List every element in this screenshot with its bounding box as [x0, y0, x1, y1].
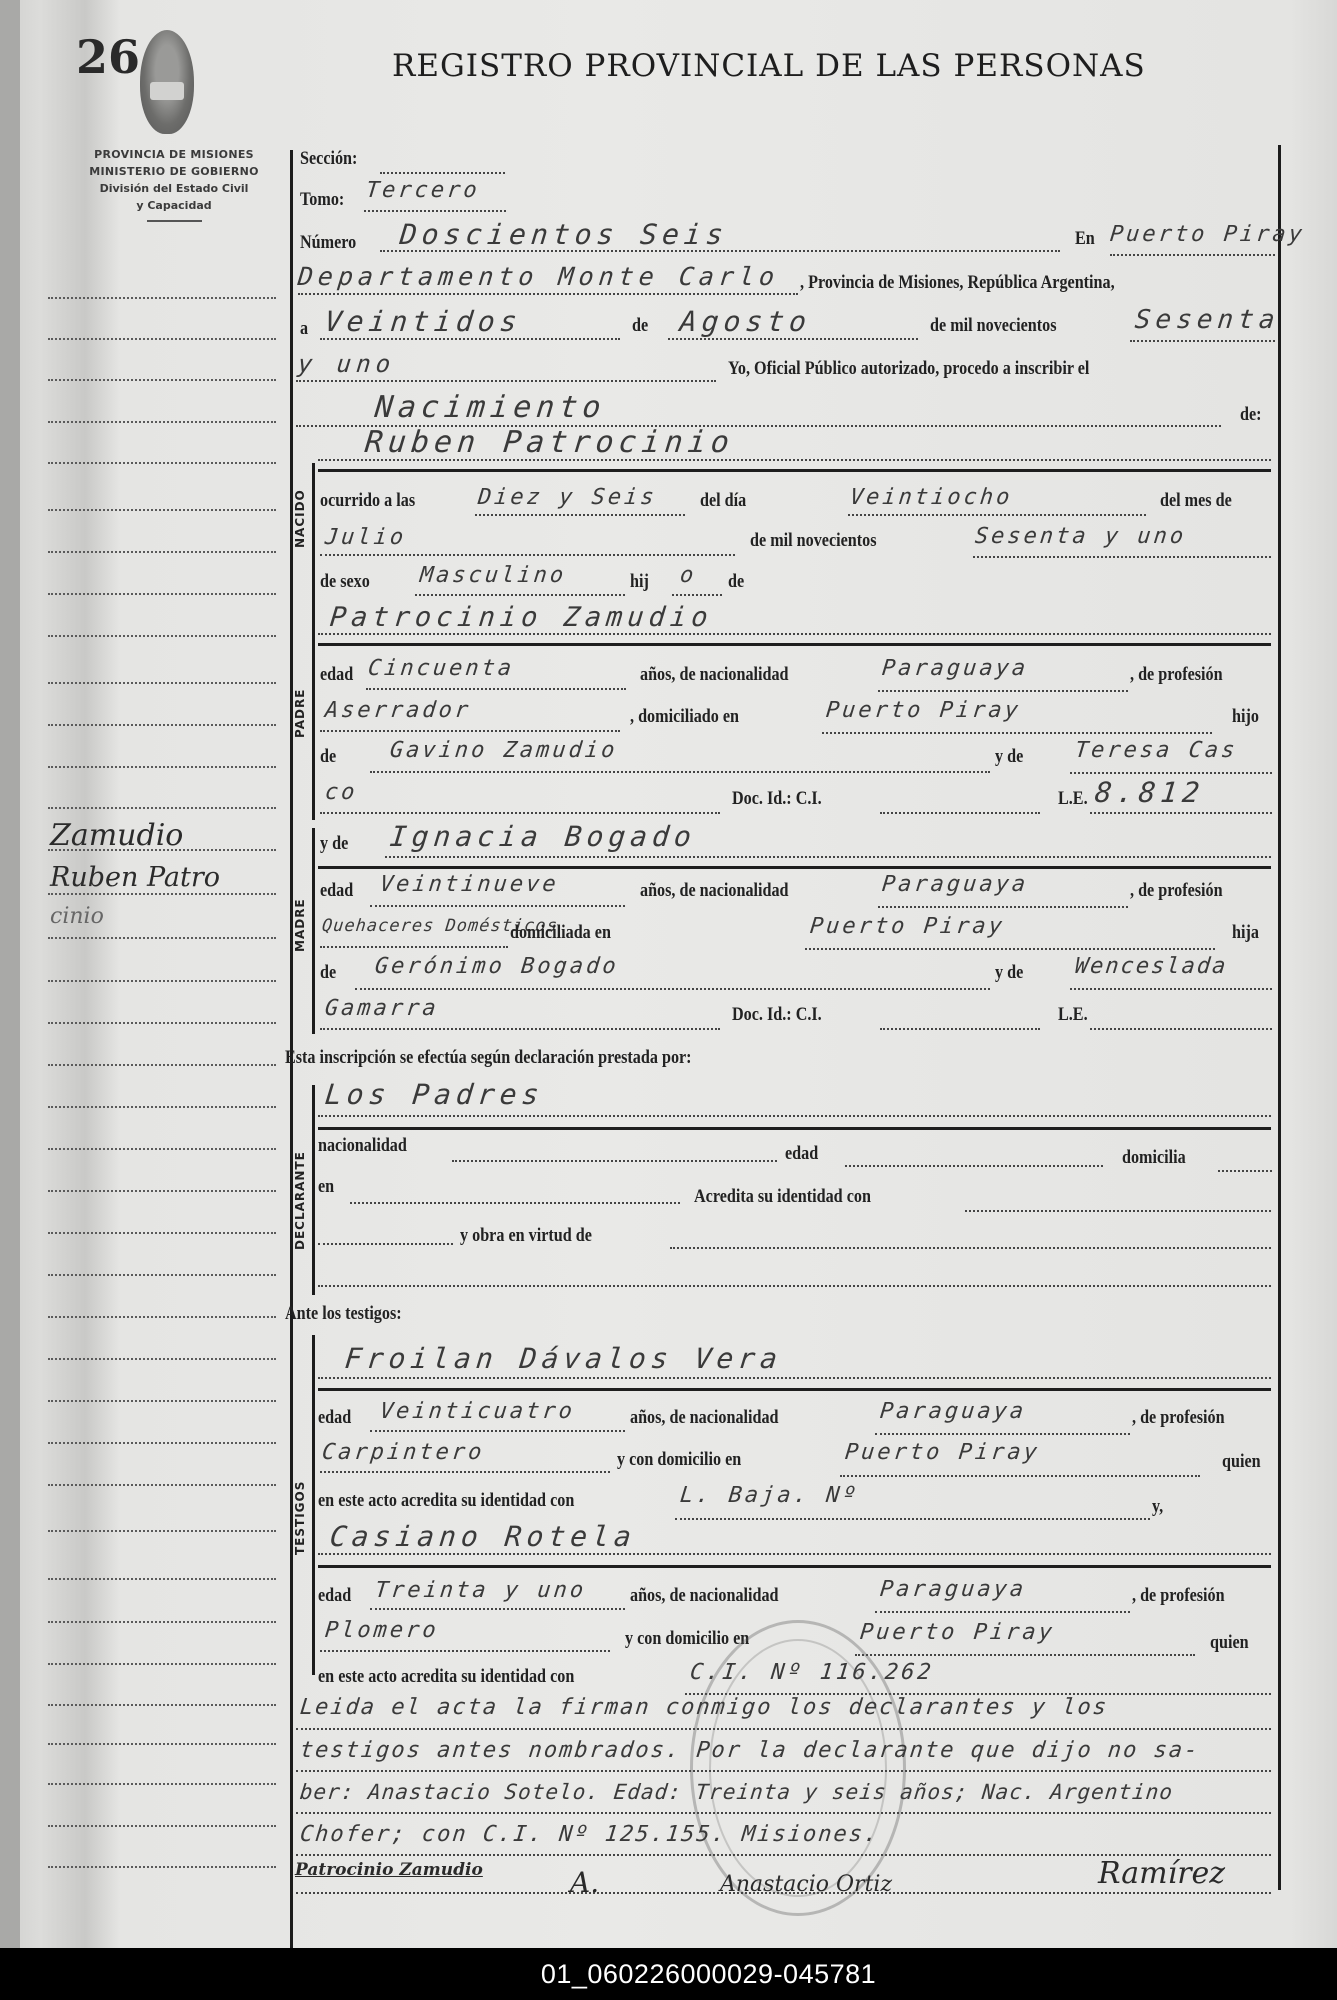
padre-nac-label: años, de nacionalidad: [640, 664, 789, 686]
declarante-acredita-field-2[interactable]: [318, 1243, 453, 1245]
madre-prof-field[interactable]: [320, 946, 508, 948]
testigo2-prof-value: Plomero: [324, 1618, 440, 1643]
provincia-text: , Provincia de Misiones, República Argen…: [800, 272, 1115, 294]
testigo1-prof-value: Carpintero: [321, 1440, 486, 1465]
testigos-section-label: TESTIGOS: [293, 1481, 307, 1555]
declarante-obra-label: y obra en virtud de: [460, 1225, 592, 1247]
signature-declarant: Anastacio Ortiz: [720, 1872, 892, 1897]
testigo2-edad-value: Treinta y uno: [374, 1578, 588, 1603]
testigo2-nombre-value: Casiano Rotela: [328, 1520, 637, 1553]
binding-spine: [0, 0, 20, 1948]
margin-line: [48, 509, 276, 511]
padre-prof-field[interactable]: [320, 730, 620, 732]
nacido-dia-value: Veintiocho: [849, 485, 1014, 510]
margin-line: [48, 379, 276, 381]
testigo2-prof-field[interactable]: [320, 1650, 610, 1652]
margin-line: [48, 1484, 276, 1486]
declarante-dom-field[interactable]: [1218, 1170, 1272, 1172]
madre-bracket: [312, 828, 315, 1034]
testigo1-quien-label: quien: [1222, 1451, 1261, 1473]
mes-label: del mes de: [1160, 490, 1232, 512]
margin-line: [48, 1866, 276, 1868]
margin-line: [48, 1621, 276, 1623]
signature-initial: A.: [570, 1866, 599, 1899]
numero-field[interactable]: [380, 250, 1060, 252]
margin-line: [48, 1783, 276, 1785]
departamento-value: Departamento Monte Carlo: [296, 262, 780, 291]
margin-note-name-cont: cinio: [50, 904, 104, 929]
madre-nombre-value: Ignacia Bogado: [388, 820, 697, 853]
padre-le-field[interactable]: [1090, 812, 1272, 814]
closing-rule-1: [296, 1728, 1271, 1730]
departamento-field[interactable]: [298, 293, 798, 295]
agency-capacity: y Capacidad: [60, 197, 288, 214]
testigo1-edad-value: Veinticuatro: [379, 1399, 577, 1424]
madre-edad-label: edad: [320, 880, 353, 902]
testigo2-dom-label: y con domicilio en: [625, 1628, 749, 1650]
margin-line: [48, 980, 276, 982]
margin-line: [48, 682, 276, 684]
padre-madre-de-field[interactable]: [1070, 772, 1272, 774]
closing-rule-2: [296, 1770, 1271, 1772]
madre-padre-de-field[interactable]: [355, 988, 990, 990]
sexo-field[interactable]: [415, 594, 625, 596]
nacido-anio-value: Sesenta y uno: [974, 524, 1188, 549]
page-number: 26: [76, 30, 140, 84]
margin-line: [48, 338, 276, 340]
padre-edad-value: Cincuenta: [367, 656, 516, 681]
margin-line: [48, 1148, 276, 1150]
testigo1-prof-field[interactable]: [320, 1471, 610, 1473]
madre-y-de-label: y de: [320, 833, 348, 855]
de-colon-label: de:: [1240, 404, 1262, 426]
padre-padre-de-value: Gavino Zamudio: [389, 738, 619, 763]
margin-line: [48, 807, 276, 809]
padre-madre-de-value-1: Teresa Cas: [1074, 738, 1239, 763]
declarante-rule: [318, 1127, 1271, 1130]
numero-label: Número: [300, 232, 356, 254]
testigo1-acredita-value: L. Baja. Nº: [679, 1483, 860, 1508]
testigo1-nac-label: años, de nacionalidad: [630, 1407, 779, 1429]
margin-line: [48, 551, 276, 553]
agency-division: División del Estado Civil: [60, 180, 288, 197]
madre-dom-label: domiciliada en: [510, 922, 611, 944]
declarante-obra-field[interactable]: [670, 1247, 1271, 1249]
madre-nac-field[interactable]: [878, 906, 1128, 908]
hij-label: hij: [630, 571, 649, 593]
padre-nac-value: Paraguaya: [881, 656, 1030, 681]
padre-nac-field[interactable]: [878, 690, 1128, 692]
mes-field[interactable]: [668, 338, 918, 340]
tomo-field[interactable]: [364, 210, 506, 212]
padre-section-label: PADRE: [293, 689, 307, 738]
nacido-rule: [318, 469, 1271, 472]
madre-rule: [318, 866, 1271, 869]
madre-le-label: L.E.: [1058, 1004, 1088, 1026]
testigo2-quien-label: quien: [1210, 1632, 1249, 1654]
document-page: 26 REGISTRO PROVINCIAL DE LAS PERSONAS P…: [0, 0, 1337, 1948]
testigo1-edad-label: edad: [318, 1407, 351, 1429]
madre-edad-value: Veintinueve: [379, 872, 560, 897]
oficial-text: Yo, Oficial Público autorizado, procedo …: [728, 358, 1089, 380]
madre-madre-de-value-1: Wenceslada: [1074, 954, 1229, 979]
closing-line-3: ber: Anastacio Sotelo. Edad: Treinta y s…: [299, 1780, 1175, 1804]
madre-dom-field[interactable]: [805, 948, 1215, 950]
nacido-nombre-field[interactable]: [318, 459, 1271, 461]
nacido-mes-field[interactable]: [320, 554, 735, 556]
testigo2-dom-field[interactable]: [855, 1654, 1195, 1656]
hora-label: ocurrido a las: [320, 490, 415, 512]
nacido-dia-field[interactable]: [848, 514, 1146, 516]
de-label: de: [632, 315, 648, 337]
margin-line: [48, 462, 276, 464]
padre-edad-label: edad: [320, 664, 353, 686]
testigo2-nac-value: Paraguaya: [879, 1577, 1028, 1602]
testigo1-prof-label: , de profesión: [1132, 1407, 1225, 1429]
testigo2-rule: [318, 1565, 1271, 1568]
testigo1-nombre-field[interactable]: [318, 1377, 1271, 1379]
madre-madre-de-value-2: Gamarra: [324, 996, 440, 1021]
padre-dom-label: , domiciliado en: [630, 706, 739, 728]
madre-hija-label: hija: [1232, 922, 1259, 944]
padre-ci-field[interactable]: [880, 812, 1040, 814]
testigo2-nac-field[interactable]: [875, 1611, 1130, 1613]
declaracion-text: Esta inscripción se efectúa según declar…: [285, 1047, 692, 1069]
margin-line: [48, 1358, 276, 1360]
mes-value: Agosto: [678, 305, 813, 338]
testigo2-edad-field[interactable]: [370, 1608, 625, 1610]
nacido-mes-value: Julio: [324, 525, 408, 550]
closing-rule-3: [296, 1812, 1271, 1814]
margin-line: [48, 1578, 276, 1580]
testigo2-nac-label: años, de nacionalidad: [630, 1585, 779, 1607]
madre-dom-value: Puerto Piray: [809, 914, 1007, 939]
testigo1-y-label: y,: [1152, 1496, 1163, 1518]
testigo1-acredita-label: en este acto acredita su identidad con: [318, 1490, 574, 1512]
closing-line-1: Leida el acta la firman conmigo los decl…: [299, 1695, 1110, 1720]
nacido-mil-label: de mil novecientos: [750, 530, 877, 552]
dia-label: del día: [700, 490, 746, 512]
padre-rule: [318, 643, 1271, 646]
madre-doc-label: Doc. Id.: C.I.: [732, 1004, 822, 1026]
declarante-en-field[interactable]: [350, 1202, 680, 1204]
padre-dom-field[interactable]: [822, 732, 1212, 734]
padre-le-value: 8.812: [1093, 776, 1206, 809]
padre-y-de-label: y de: [995, 746, 1023, 768]
anio-value-1: Sesenta: [1133, 305, 1281, 335]
madre-madre-de-field[interactable]: [1070, 988, 1272, 990]
margin-line: [48, 1232, 276, 1234]
en-value: Puerto Piray: [1109, 222, 1307, 247]
nacido-anio-field[interactable]: [973, 556, 1271, 558]
madre-y-de2-label: y de: [995, 962, 1023, 984]
margin-note-surname: Zamudio: [50, 818, 183, 853]
testigos-label: Ante los testigos:: [285, 1303, 402, 1325]
tomo-label: Tomo:: [300, 189, 344, 211]
margin-line: [48, 1400, 276, 1402]
testigo1-dom-label: y con domicilio en: [617, 1449, 741, 1471]
declarante-edad-field[interactable]: [845, 1165, 1103, 1167]
declarante-acredita-field[interactable]: [965, 1210, 1271, 1212]
padre-nombre-value: Patrocinio Zamudio: [328, 602, 714, 633]
padre-madre-de-field-2[interactable]: [320, 812, 720, 814]
scan-id: 01_060226000029-045781: [541, 1959, 876, 1989]
agency-province: PROVINCIA DE MISIONES: [60, 146, 288, 163]
padre-nombre-field[interactable]: [318, 633, 1271, 635]
dia-field[interactable]: [320, 338, 620, 340]
testigo2-edad-label: edad: [318, 1585, 351, 1607]
padre-prof-value: Aserrador: [324, 698, 473, 723]
declarante-en-label: en: [318, 1176, 334, 1198]
declarante-nombre-value: Los Padres: [323, 1078, 545, 1111]
margin-line: [48, 1663, 276, 1665]
testigo1-nac-value: Paraguaya: [879, 1399, 1028, 1424]
madre-nac-label: años, de nacionalidad: [640, 880, 789, 902]
declarante-nombre-field[interactable]: [318, 1115, 1271, 1117]
margin-line: [48, 937, 276, 939]
sexo-value: Masculino: [419, 563, 568, 588]
signature-father: Patrocinio Zamudio: [295, 1860, 483, 1880]
declarante-edad-label: edad: [785, 1143, 818, 1165]
a-label: a: [300, 318, 308, 340]
padre-de-label: de: [320, 746, 336, 768]
testigo1-dom-value: Puerto Piray: [844, 1440, 1042, 1465]
madre-section-label: MADRE: [293, 898, 307, 952]
testigos-bracket: [312, 1335, 315, 1675]
agency-block: PROVINCIA DE MISIONES MINISTERIO DE GOBI…: [60, 146, 288, 222]
hora-value: Diez y Seis: [477, 485, 658, 510]
padre-edad-field[interactable]: [366, 688, 626, 690]
en-label: En: [1075, 228, 1095, 250]
document-title: REGISTRO PROVINCIAL DE LAS PERSONAS: [392, 48, 1146, 84]
margin-line: [48, 1530, 276, 1532]
padre-hijo-label: hijo: [1232, 706, 1259, 728]
nacido-de-label: de: [728, 571, 744, 593]
margin-line: [48, 635, 276, 637]
madre-madre-de-field-2[interactable]: [320, 1028, 720, 1030]
acto-value: Nacimiento: [373, 390, 607, 425]
margin-line: [48, 724, 276, 726]
closing-line-4: Chofer; con C.I. Nº 125.155. Misiones.: [299, 1822, 881, 1847]
margin-line: [48, 593, 276, 595]
agency-ministry: MINISTERIO DE GOBIERNO: [60, 163, 288, 180]
declarante-bracket: [312, 1085, 315, 1295]
seccion-field[interactable]: [380, 172, 505, 174]
declarante-nac-field[interactable]: [452, 1160, 777, 1162]
dia-value: Veintidos: [323, 305, 523, 338]
madre-nombre-field[interactable]: [385, 856, 1271, 858]
sexo-label: de sexo: [320, 571, 370, 593]
margin-line: [48, 1743, 276, 1745]
form-right-border: [1278, 145, 1281, 1890]
padre-prof-label: , de profesión: [1130, 664, 1223, 686]
padre-doc-label: Doc. Id.: C.I.: [732, 788, 822, 810]
margin-line: [48, 421, 276, 423]
testigo2-prof-label: , de profesión: [1132, 1585, 1225, 1607]
margin-line: [48, 893, 276, 895]
closing-line-2: testigos antes nombrados. Por la declara…: [299, 1738, 1201, 1763]
coat-of-arms-icon: [140, 30, 194, 134]
testigo1-dom-field[interactable]: [840, 1475, 1200, 1477]
mil-label: de mil novecientos: [930, 315, 1057, 337]
anio-field-2[interactable]: [296, 380, 716, 382]
scan-id-footer: 01_060226000029-045781: [0, 1948, 1337, 2000]
testigo1-acredita-field[interactable]: [675, 1518, 1150, 1520]
margin-line: [48, 1442, 276, 1444]
anio-value-2: y uno: [297, 350, 397, 378]
madre-edad-field[interactable]: [370, 905, 625, 907]
madre-de-label: de: [320, 962, 336, 984]
testigo1-nombre-value: Froilan Dávalos Vera: [343, 1342, 784, 1375]
nacido-bracket: [312, 463, 315, 646]
declarante-obra-field-2[interactable]: [318, 1285, 1271, 1287]
padre-le-label: L.E.: [1058, 788, 1088, 810]
nacido-section-label: NACIDO: [293, 489, 307, 548]
madre-nac-value: Paraguaya: [881, 872, 1030, 897]
madre-le-field[interactable]: [1090, 1028, 1272, 1030]
margin-line: [48, 297, 276, 299]
testigo1-edad-field[interactable]: [370, 1430, 625, 1432]
hij-field[interactable]: [672, 594, 722, 596]
tomo-value: Tercero: [365, 178, 481, 203]
margin-line: [48, 766, 276, 768]
declarante-acredita-label: Acredita su identidad con: [694, 1186, 871, 1208]
hora-field[interactable]: [475, 514, 685, 516]
declarante-section-label: DECLARANTE: [293, 1151, 307, 1250]
margin-line: [48, 1704, 276, 1706]
padre-padre-de-field[interactable]: [370, 771, 990, 773]
madre-prof-label: , de profesión: [1130, 880, 1223, 902]
hij-value: o: [679, 563, 698, 588]
margin-line: [48, 1106, 276, 1108]
margin-line: [48, 1274, 276, 1276]
signature-official: Ramírez: [1098, 1856, 1225, 1891]
margin-line: [48, 1825, 276, 1827]
margin-line: [48, 1064, 276, 1066]
agency-rule: [147, 220, 202, 222]
padre-madre-de-value-2: co: [324, 780, 359, 805]
margin-note-name: Ruben Patro: [50, 862, 220, 893]
madre-padre-de-value: Gerónimo Bogado: [374, 954, 620, 979]
margin-line: [48, 1190, 276, 1192]
numero-value: Doscientos Seis: [398, 218, 729, 251]
testigo2-nombre-field[interactable]: [318, 1553, 1271, 1555]
madre-ci-field[interactable]: [880, 1028, 1040, 1030]
declarante-dom-label: domicilia: [1122, 1147, 1186, 1169]
margin-line: [48, 1022, 276, 1024]
seccion-label: Sección:: [300, 148, 357, 170]
padre-dom-value: Puerto Piray: [825, 698, 1023, 723]
declarante-nac-label: nacionalidad: [318, 1135, 407, 1157]
en-field[interactable]: [1110, 254, 1275, 256]
nacido-nombre-value: Ruben Patrocinio: [363, 425, 736, 460]
testigo1-nac-field[interactable]: [875, 1433, 1130, 1435]
anio-field-1[interactable]: [1130, 340, 1275, 342]
testigo2-dom-value: Puerto Piray: [859, 1620, 1057, 1645]
margin-line: [48, 1316, 276, 1318]
padre-bracket: [312, 640, 315, 820]
testigo1-rule: [318, 1388, 1271, 1391]
testigo2-acredita-label: en este acto acredita su identidad con: [318, 1666, 574, 1688]
